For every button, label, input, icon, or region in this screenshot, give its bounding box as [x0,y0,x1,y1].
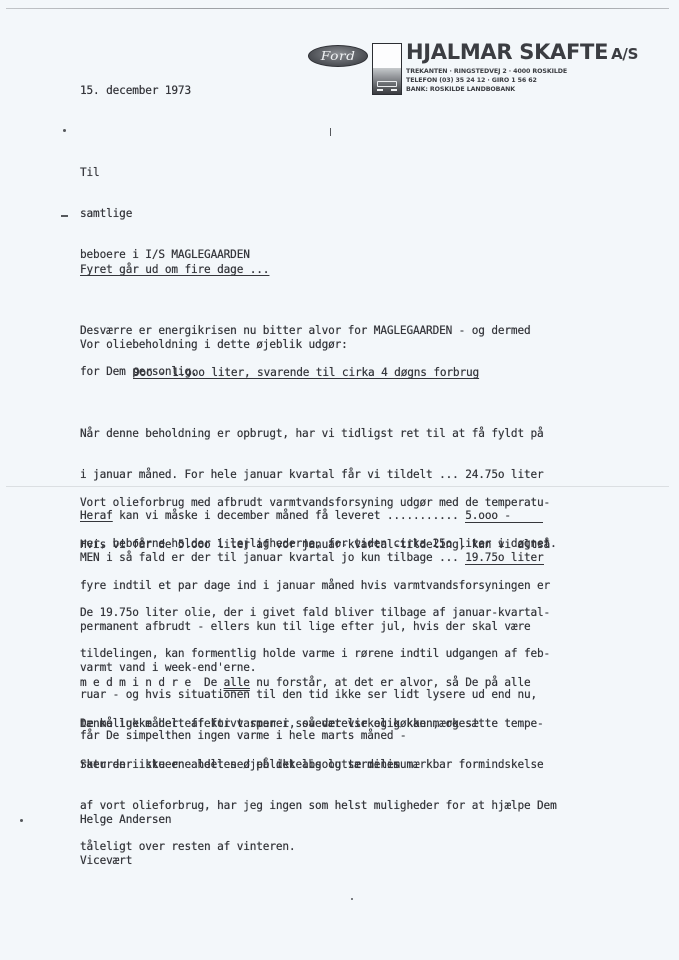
recipient-block: Til samtlige beboere i I/S MAGLEGAARDEN [80,139,250,275]
ford-logo-icon: Ford [308,45,368,67]
text-line: Vort olieforbrug med afbrudt varmtvandsf… [80,496,557,510]
paragraph-2: Vor oliebeholdning i dette øjeblik udgør… [80,338,348,352]
company-phone-giro: TELEFON (03) 35 24 12 · GIRO 1 56 62 [406,76,567,85]
oil-stock-highlight: 9oo - 1.ooo liter, svarende til cirka 4 … [133,366,479,380]
signature-title: Vicevært [80,854,171,868]
text-line: De 19.75o liter olie, der i givet fald b… [80,606,550,620]
company-name-text: HJALMAR SKAFTE [406,40,608,64]
text-line: Når denne beholdning er opbrugt, har vi … [80,427,544,441]
truck-icon [372,43,402,95]
signature-block: Helge Andersen Vicevært [80,786,171,881]
recipient-line: Til [80,166,250,180]
text-line: Sker der ikke en aldeles øjeblikkelig og… [80,758,557,772]
ford-logo-text: Ford [321,49,356,63]
text-line: De må lukke helt af for varmen i sovevær… [80,717,544,731]
signature-name: Helge Andersen [80,813,171,827]
text-line: Hvis vi får de 5.ooo liter af vor januar… [80,538,550,552]
company-bank: BANK: ROSKILDE LANDBOBANK [406,85,567,94]
paper-dash-mark [61,215,68,217]
company-name: HJALMAR SKAFTEA/S [406,40,638,64]
company-details: TREKANTEN · RINGSTEDVEJ 2 · 4000 ROSKILD… [406,67,567,95]
paper-fold-top [6,8,669,9]
emphasis-alle: alle [224,676,250,689]
paper-tick-mark [330,128,331,136]
text-fragment: m e d m i n d r e De [80,676,224,689]
paper-speck [63,129,66,132]
letter-subject: Fyret går ud om fire dage ... [80,263,269,277]
company-suffix: A/S [611,45,638,63]
letterhead: Ford HJALMAR SKAFTEA/S TREKANTEN · RINGS… [308,43,648,98]
text-line: m e d m i n d r e De alle nu forstår, at… [80,676,531,690]
text-line: Desværre er energikrisen nu bitter alvor… [80,324,531,338]
company-address: TREKANTEN · RINGSTEDVEJ 2 · 4000 ROSKILD… [406,67,567,76]
recipient-line: beboere i I/S MAGLEGAARDEN [80,248,250,262]
recipient-line: samtlige [80,207,250,221]
letter-date: 15. december 1973 [80,84,191,98]
paper-speck [20,819,23,822]
paper-speck [351,898,353,900]
text-fragment: nu forstår, at det er alvor, så De på al… [250,676,531,689]
